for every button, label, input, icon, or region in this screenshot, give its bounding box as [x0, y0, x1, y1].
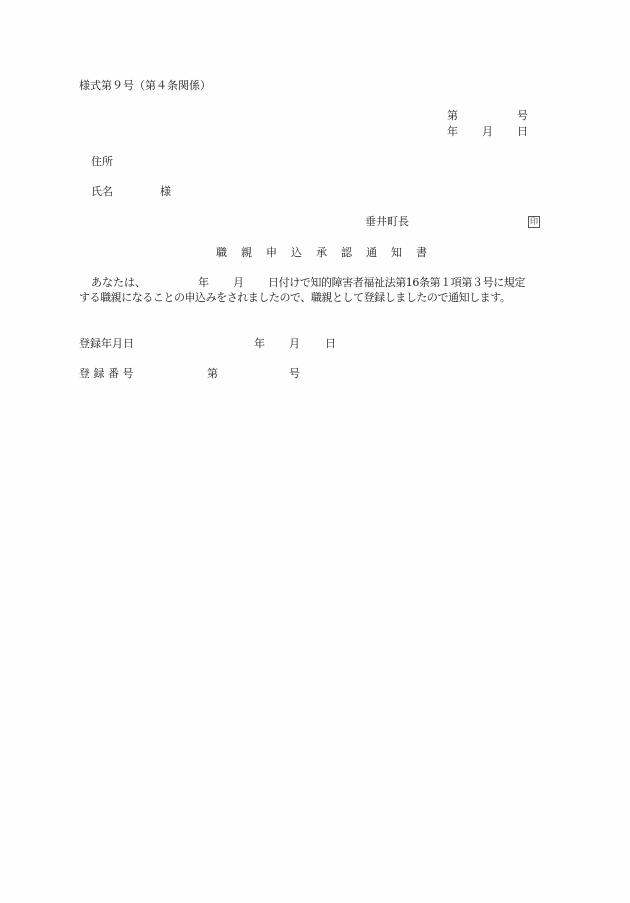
title-char: 親 — [241, 246, 252, 260]
address-label: 住所 — [91, 155, 113, 169]
header-date-day: 日 — [517, 125, 528, 139]
body-line1-start: あなたは、 — [91, 276, 146, 290]
title-char: 認 — [341, 246, 352, 260]
title-char: 書 — [416, 246, 427, 260]
name-label: 氏名 — [91, 185, 113, 199]
registration-number-prefix: 第 — [207, 367, 218, 381]
registration-date-year: 年 — [254, 337, 265, 351]
registration-date-day: 日 — [325, 337, 336, 351]
title-char: 込 — [291, 246, 302, 260]
body-line1-month: 月 — [233, 276, 244, 290]
issuer-title: 垂井町長 — [365, 215, 409, 229]
honorific: 様 — [160, 185, 171, 199]
header-date-month: 月 — [482, 125, 493, 139]
title-char: 通 — [366, 246, 377, 260]
form-label: 様式第９号（第４条関係） — [79, 79, 211, 93]
seal-icon: 印 — [528, 216, 540, 228]
document-title: 職親申込承認通知書 — [216, 246, 441, 260]
title-char: 知 — [391, 246, 402, 260]
header-number-prefix: 第 — [447, 109, 458, 123]
title-char: 申 — [266, 246, 277, 260]
header-number-suffix: 号 — [517, 109, 528, 123]
header-date-year: 年 — [447, 125, 458, 139]
body-line1-year: 年 — [198, 276, 209, 290]
document-page: 様式第９号（第４条関係） 第 号 年 月 日 住所 氏名 様 垂井町長 印 職親… — [0, 0, 630, 903]
registration-number-suffix: 号 — [289, 367, 300, 381]
body-line2: する職親になることの申込みをされましたので、職親として登録しましたので通知します… — [79, 291, 510, 305]
registration-date-label: 登録年月日 — [79, 337, 134, 351]
registration-date-month: 月 — [289, 337, 300, 351]
body-line1-rest: 日付けで知的障害者福祉法第16条第１項第３号に規定 — [268, 276, 525, 290]
title-char: 承 — [316, 246, 327, 260]
registration-number-label: 登 録 番 号 — [79, 367, 134, 381]
title-char: 職 — [216, 246, 227, 260]
